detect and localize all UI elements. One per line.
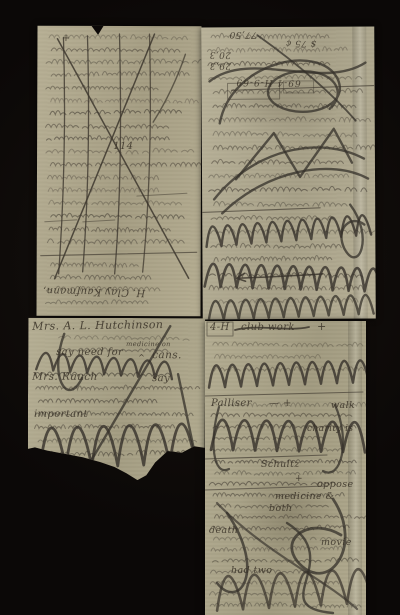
- crossout-marks: [201, 35, 374, 282]
- legible-fragment-walk: walk: [331, 401, 355, 411]
- legible-fragment-important: important: [34, 410, 88, 420]
- legible-fragment-114: 114: [113, 142, 133, 152]
- legible-fragment-dash: — +: [269, 399, 292, 409]
- legible-fragment-schultz: Schultz: [261, 460, 300, 470]
- legible-fragment-kaufmann: H. Clay Kaufmann,: [42, 285, 145, 297]
- legible-fragment-figure: 20,3: [209, 49, 231, 58]
- page-top-left: + 114 H. Clay Kaufmann,: [36, 26, 201, 317]
- legible-fragment-need: say need for: [56, 348, 123, 358]
- legible-fragment-movie: movie: [321, 538, 352, 548]
- handwriting-strokes: [201, 27, 376, 320]
- legible-fragment-4h: 4-H: [210, 323, 230, 333]
- legible-fragment-caret: ^: [138, 354, 145, 362]
- legible-fragment-hadtwo: had two: [231, 566, 272, 576]
- legible-fragment-hutchinson: Mrs. A. L. Hutchinson: [32, 319, 163, 332]
- legible-fragment-plus: +: [317, 321, 327, 332]
- photograph-of-manuscript-pages: { "photo": { "subject": "Four aged noteb…: [0, 0, 400, 615]
- legible-fragment-code: 69-4 H-9-69: [235, 77, 300, 87]
- legible-fragment-say: say: [152, 374, 170, 384]
- handwriting-strokes: [36, 26, 201, 317]
- legible-fragment-clubwork: club work: [241, 323, 295, 333]
- legible-fragment-cans: cans.: [152, 350, 182, 361]
- legible-fragment-palliser: Palliser: [211, 399, 252, 409]
- legible-fragment-both: both: [269, 504, 292, 514]
- legible-fragment-figure: 77,50: [229, 29, 257, 38]
- legible-fragment-rauch: Mrs. Rauch: [32, 372, 98, 383]
- legible-fragment-oppose: oppose: [317, 480, 354, 490]
- page-top-right: 77,50 $ 75 ¢ 20,3 29,3 69-4 H-9-69: [201, 27, 376, 320]
- page-bottom-right: 4-H club work + Palliser — + walk charit…: [205, 321, 366, 615]
- page-bottom-left: Mrs. A. L. Hutchinson say need for medic…: [28, 318, 206, 481]
- legible-fragment-plus-small: +: [295, 475, 303, 484]
- legible-fragment-plus: +: [61, 32, 70, 42]
- legible-fragment-medicine: medicine &: [275, 492, 334, 502]
- legible-fragment-figure: 29,3: [209, 60, 231, 69]
- legible-fragment-charity: charity is: [307, 425, 353, 434]
- legible-fragment-insert: medicine on: [126, 341, 171, 348]
- legible-fragment-figure: $ 75 ¢: [285, 38, 316, 47]
- handwriting-strokes: [28, 318, 206, 481]
- legible-fragment-death: death: [209, 526, 238, 536]
